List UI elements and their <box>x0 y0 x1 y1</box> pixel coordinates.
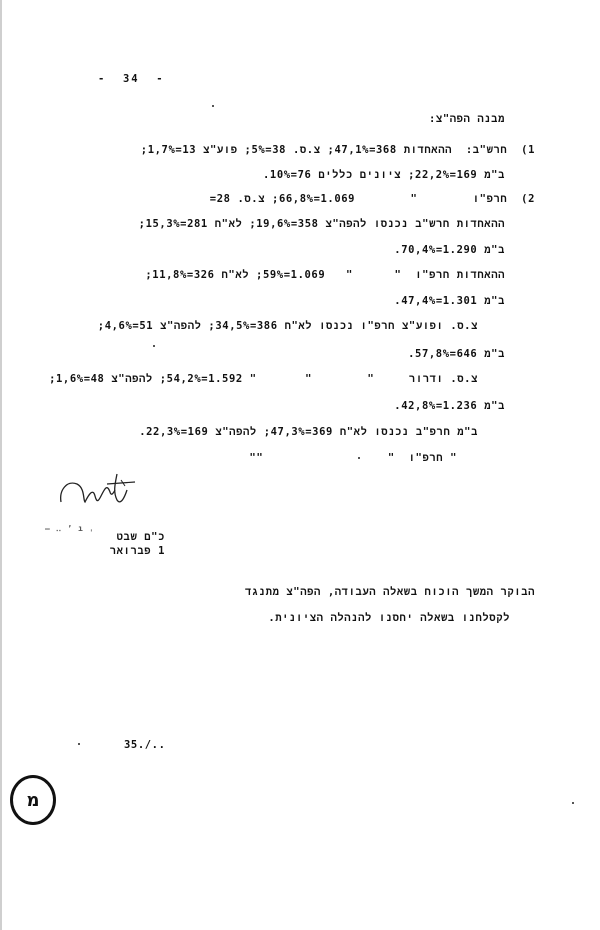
dateline-date: 1 פברואר <box>110 544 165 558</box>
speck <box>358 457 360 459</box>
text-line: ב"מ 646=57,8%. <box>408 347 505 361</box>
scan-edge <box>0 0 2 930</box>
text-line: צ.ס. ודרור " " " 1.592=54,2%; להפה"צ 48=… <box>49 372 478 386</box>
text-line: 2) חרפ"ו " 1.069=66,8%; צ.ס. 28= <box>210 192 535 206</box>
text-line: ב"מ 1.236=42,8%. <box>394 399 505 413</box>
text-line: ב"מ 169=22,2%; ציונים כללים 76=10%. <box>263 168 505 182</box>
speck <box>212 105 214 107</box>
text-line: 1) חרש"ב: ההאחדות 368=47,1%; צ.ס. 38=5%;… <box>141 143 535 157</box>
archive-stamp-icon: מ <box>10 775 56 825</box>
speck <box>153 345 155 347</box>
dateline-place: כ"ם שבט <box>117 530 165 544</box>
text-line: ב"מ 1.290=70,4%. <box>394 243 505 257</box>
text-line: ההאחדות חרפ"ו " " 1.069=59%; לא"ח 326=11… <box>145 268 505 282</box>
paragraph-line: הבוקר המשך הוכוח בשאלה העבודה, הפה"צ מתנ… <box>245 585 535 599</box>
text-line: ב"מ 1.301=47,4%. <box>394 294 505 308</box>
continuation-marker: 35./.. <box>124 738 166 752</box>
text-line: צ.ס. ופוע"צ חרפ"ו נכנסו לא"ח 386=34,5%; … <box>98 319 478 333</box>
stamp-letter: מ <box>26 790 39 811</box>
text-line: ב"מ חרפ"ב נכנסו לא"ח 369=47,3%; להפה"צ 1… <box>139 425 478 439</box>
speck <box>78 743 80 745</box>
signature-icon <box>55 470 155 520</box>
text-line: " חרפ"ו " "" <box>249 451 457 465</box>
paragraph-line: לקסלחנו בשאלה יחסנו להנהלה הציונית. <box>268 611 510 625</box>
text-line: ההאחדות חרש"ב נכנסו להפה"צ 358=19,6%; לא… <box>139 217 505 231</box>
document-page: - 34 - מבנה הפה"צ: 1) חרש"ב: ההאחדות 368… <box>0 0 600 930</box>
speck <box>572 802 574 804</box>
scan-marks: ‒ ‥ ʼ ı ˌ <box>45 522 94 536</box>
page-number: - 34 - <box>98 72 165 86</box>
section-heading: מבנה הפה"צ: <box>429 112 505 126</box>
